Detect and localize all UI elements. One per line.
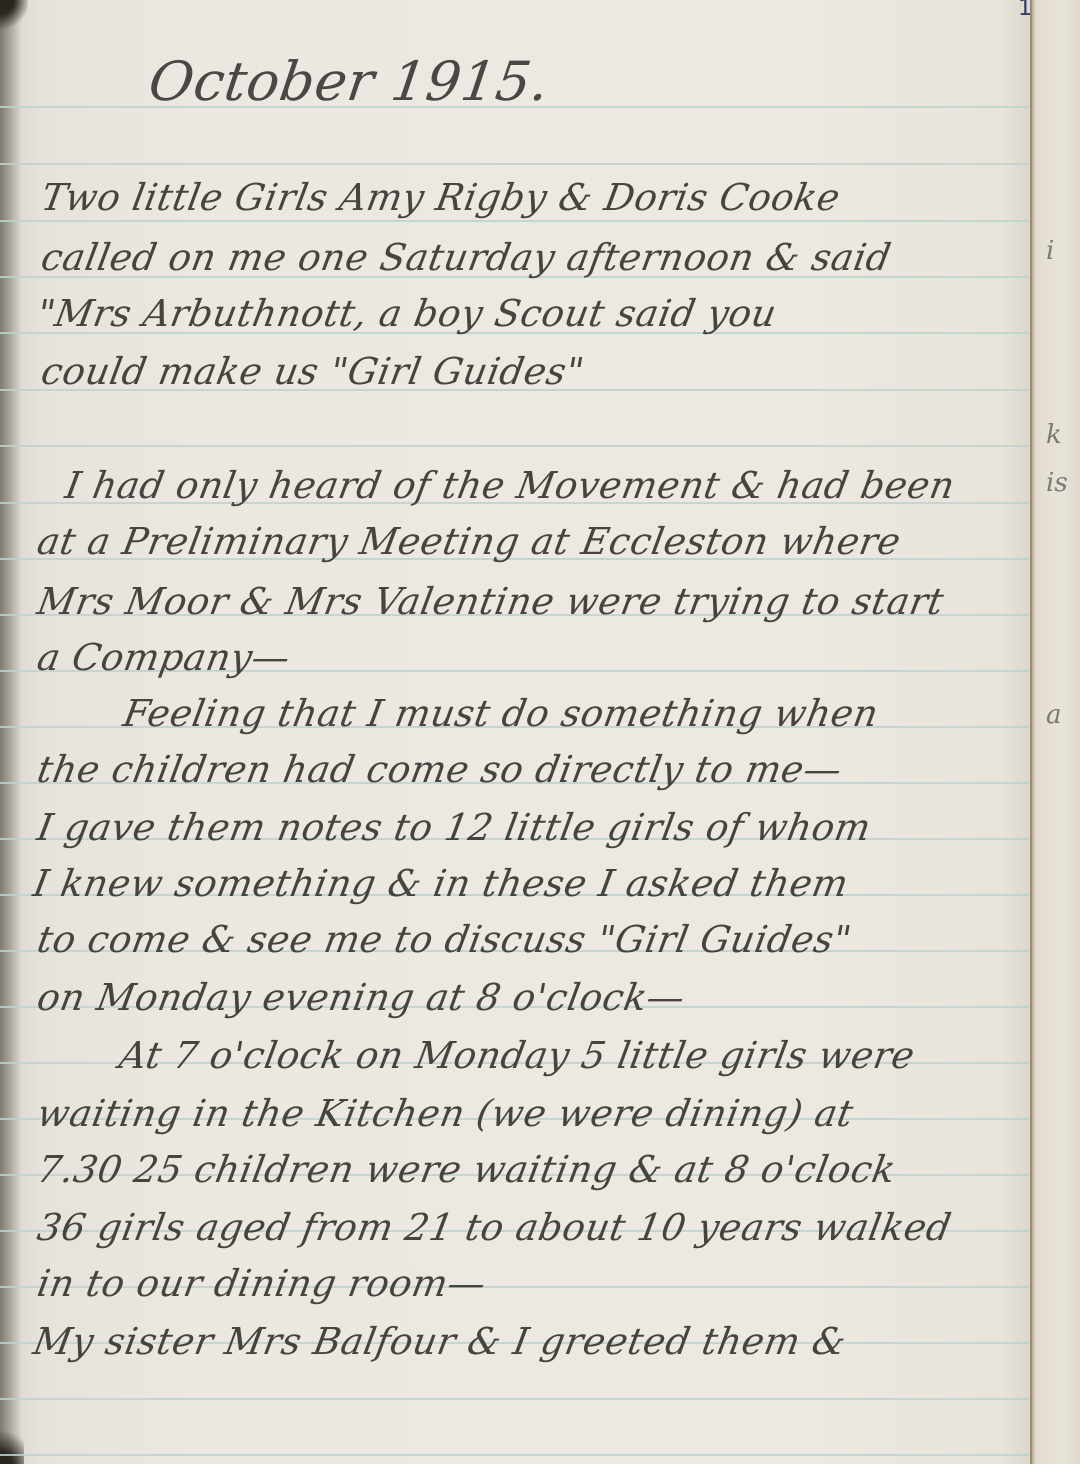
ruled-line (0, 220, 1030, 222)
text-line: called on me one Saturday afternoon & sa… (38, 236, 894, 279)
text-line: at a Preliminary Meeting at Eccleston wh… (34, 520, 904, 563)
adjacent-page-fragment: i (1046, 236, 1054, 266)
text-line: Mrs Moor & Mrs Valentine were trying to … (34, 580, 947, 623)
adjacent-page-fragment: is (1046, 468, 1068, 498)
book-cover-corner-bottom (0, 1424, 24, 1464)
text-line: on Monday evening at 8 o'clock— (34, 976, 688, 1019)
book-cover-corner-top (0, 0, 28, 30)
text-line: 36 girls aged from 21 to about 10 years … (34, 1206, 955, 1249)
text-line: I had only heard of the Movement & had b… (62, 464, 958, 507)
text-line: waiting in the Kitchen (we were dining) … (34, 1092, 857, 1135)
text-line: a Company— (34, 636, 294, 679)
text-line: in to our dining room— (34, 1262, 489, 1305)
adjacent-page-edge: i k is a (1030, 0, 1080, 1464)
text-line: My sister Mrs Balfour & I greeted them & (30, 1320, 850, 1363)
text-line: "Mrs Arbuthnott, a boy Scout said you (34, 292, 780, 335)
text-line: Two little Girls Amy Rigby & Doris Cooke (38, 176, 843, 219)
text-line: could make us "Girl Guides" (38, 350, 587, 393)
adjacent-page-fragment: a (1046, 700, 1062, 730)
entry-date-heading: October 1915. (145, 50, 553, 113)
text-line: I gave them notes to 12 little girls of … (34, 806, 874, 849)
text-line: I knew something & in these I asked them (30, 862, 852, 905)
text-line: Feeling that I must do something when (120, 692, 882, 735)
text-line: 7.30 25 children were waiting & at 8 o'c… (34, 1148, 899, 1191)
ruled-line (0, 445, 1030, 447)
ruled-line (0, 163, 1030, 165)
ruled-line (0, 1454, 1030, 1456)
text-line: At 7 o'clock on Monday 5 little girls we… (116, 1034, 918, 1077)
text-line: the children had come so directly to me— (34, 748, 845, 791)
journal-page: October 1915. Two little Girls Amy Rigby… (0, 0, 1030, 1464)
text-line: to come & see me to discuss "Girl Guides… (34, 918, 855, 961)
ruled-line (0, 1398, 1030, 1400)
adjacent-page-fragment: k (1046, 420, 1062, 450)
